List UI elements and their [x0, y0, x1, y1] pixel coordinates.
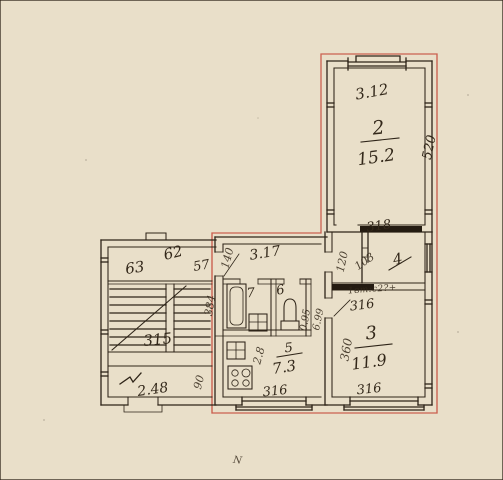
check-scrawl	[120, 373, 141, 384]
stair-dim-door: 90	[191, 374, 207, 391]
hall-door-dim: 140	[218, 246, 236, 270]
stairwell-section: 63 62 57 315 2.48 90 384	[101, 233, 218, 412]
hall-scrawl-b: 6.99	[311, 307, 327, 332]
room3-number: 3	[364, 322, 378, 344]
kitchen-bottom-dim: 316	[262, 383, 288, 401]
room4-wall-dim: 120	[334, 250, 351, 273]
stair-dim-b: 62	[162, 242, 185, 264]
room3-bottom-dim: 316	[356, 381, 382, 399]
stair-dim-a: 63	[124, 257, 145, 277]
floor-plan: 63 62 57 315 2.48 90 384	[0, 0, 503, 480]
wall-joint-ticks	[425, 300, 432, 388]
room2-number: 2	[370, 116, 385, 139]
sink-icon	[249, 314, 267, 331]
footnote-mark: N	[231, 455, 243, 467]
hall-width-dim: 3.17	[248, 243, 281, 264]
room2-area: 15.2	[356, 145, 396, 170]
room3-top-dim: 316	[349, 297, 375, 315]
room4-number: 4	[390, 249, 404, 269]
room2-bottom-dim: 318	[366, 217, 393, 235]
kitchen-sink-icon	[227, 342, 245, 359]
room2-width-dim: 3.12	[354, 80, 390, 104]
scanned-floorplan-page: 63 62 57 315 2.48 90 384	[0, 0, 503, 480]
kitchen-area: 7.3	[271, 356, 297, 378]
bottom-walls	[215, 397, 432, 410]
stair-dim-c: 57	[192, 257, 212, 275]
bathroom-number: 7	[246, 286, 256, 302]
room4-diag-dim: 103	[352, 250, 377, 273]
entrance-stoop	[124, 405, 162, 412]
bathtub-icon	[227, 284, 246, 328]
paper-background	[0, 0, 503, 480]
room2: 3.12 2 15.2 520 318	[327, 56, 440, 236]
rooms-3-4: 4 120 103 1вт:с2?+ 316 3 11.9 360 316	[325, 232, 432, 405]
room3-area: 11.9	[350, 350, 388, 374]
middle-section: 7 6 3.17 140 0.95 6.99 5 7.3 2.8 316	[215, 237, 327, 405]
wall-joint-ticks	[101, 258, 108, 376]
bath-wc-walls	[215, 279, 311, 336]
room3-door-swing	[334, 300, 350, 316]
room4-window	[425, 244, 432, 272]
stair-dim-mid: 315	[143, 329, 173, 350]
room3-window	[344, 397, 424, 410]
toilet-icon	[281, 299, 299, 330]
room3-fraction-bar	[355, 344, 392, 348]
stove-icon	[228, 366, 252, 389]
kitchen-number: 5	[284, 341, 294, 357]
stair-dim-right: 384	[202, 294, 218, 317]
wc-number: 6	[275, 282, 286, 298]
kitchen-side-dim: 2.8	[250, 345, 267, 366]
room4-note: 1вт:с2?+	[348, 283, 397, 296]
